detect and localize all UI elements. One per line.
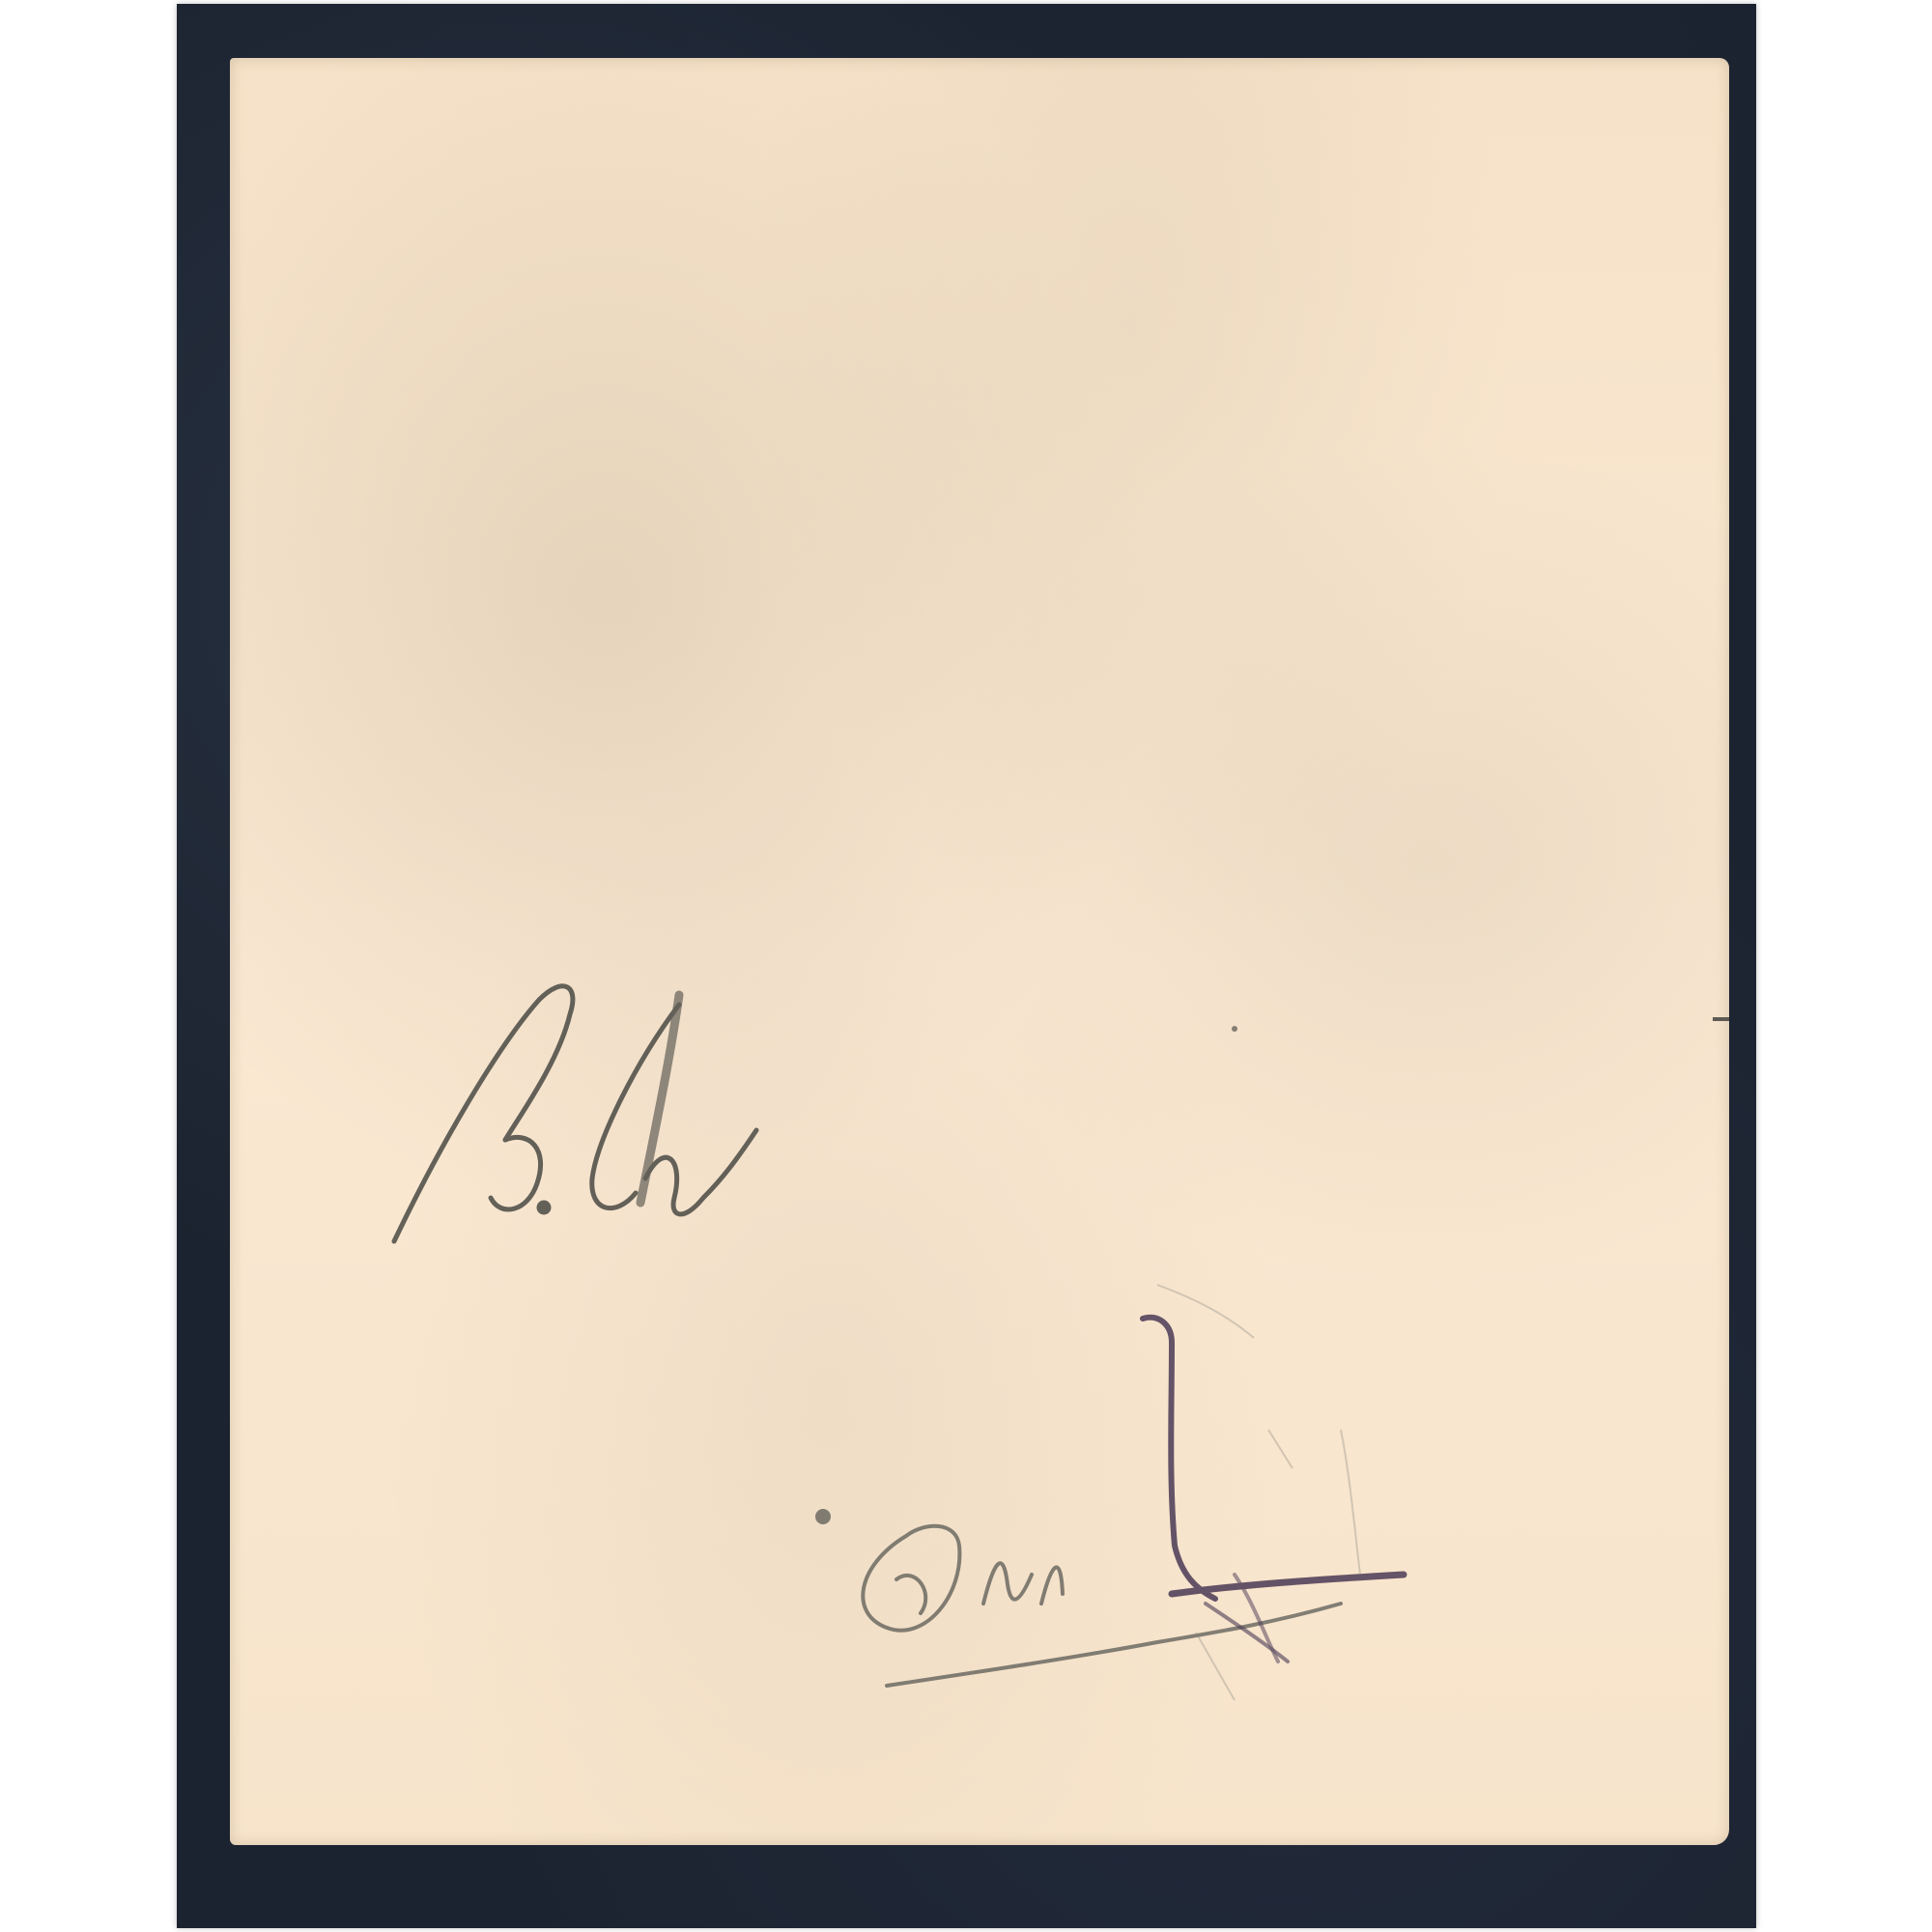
expert-handstamp [1143, 1318, 1404, 1662]
pencil-marks [230, 58, 1729, 1845]
stamp-photo [177, 4, 1756, 1928]
initials-mark [394, 986, 756, 1241]
stamp-paper-back [230, 58, 1729, 1845]
signature-mark [817, 1511, 1341, 1686]
